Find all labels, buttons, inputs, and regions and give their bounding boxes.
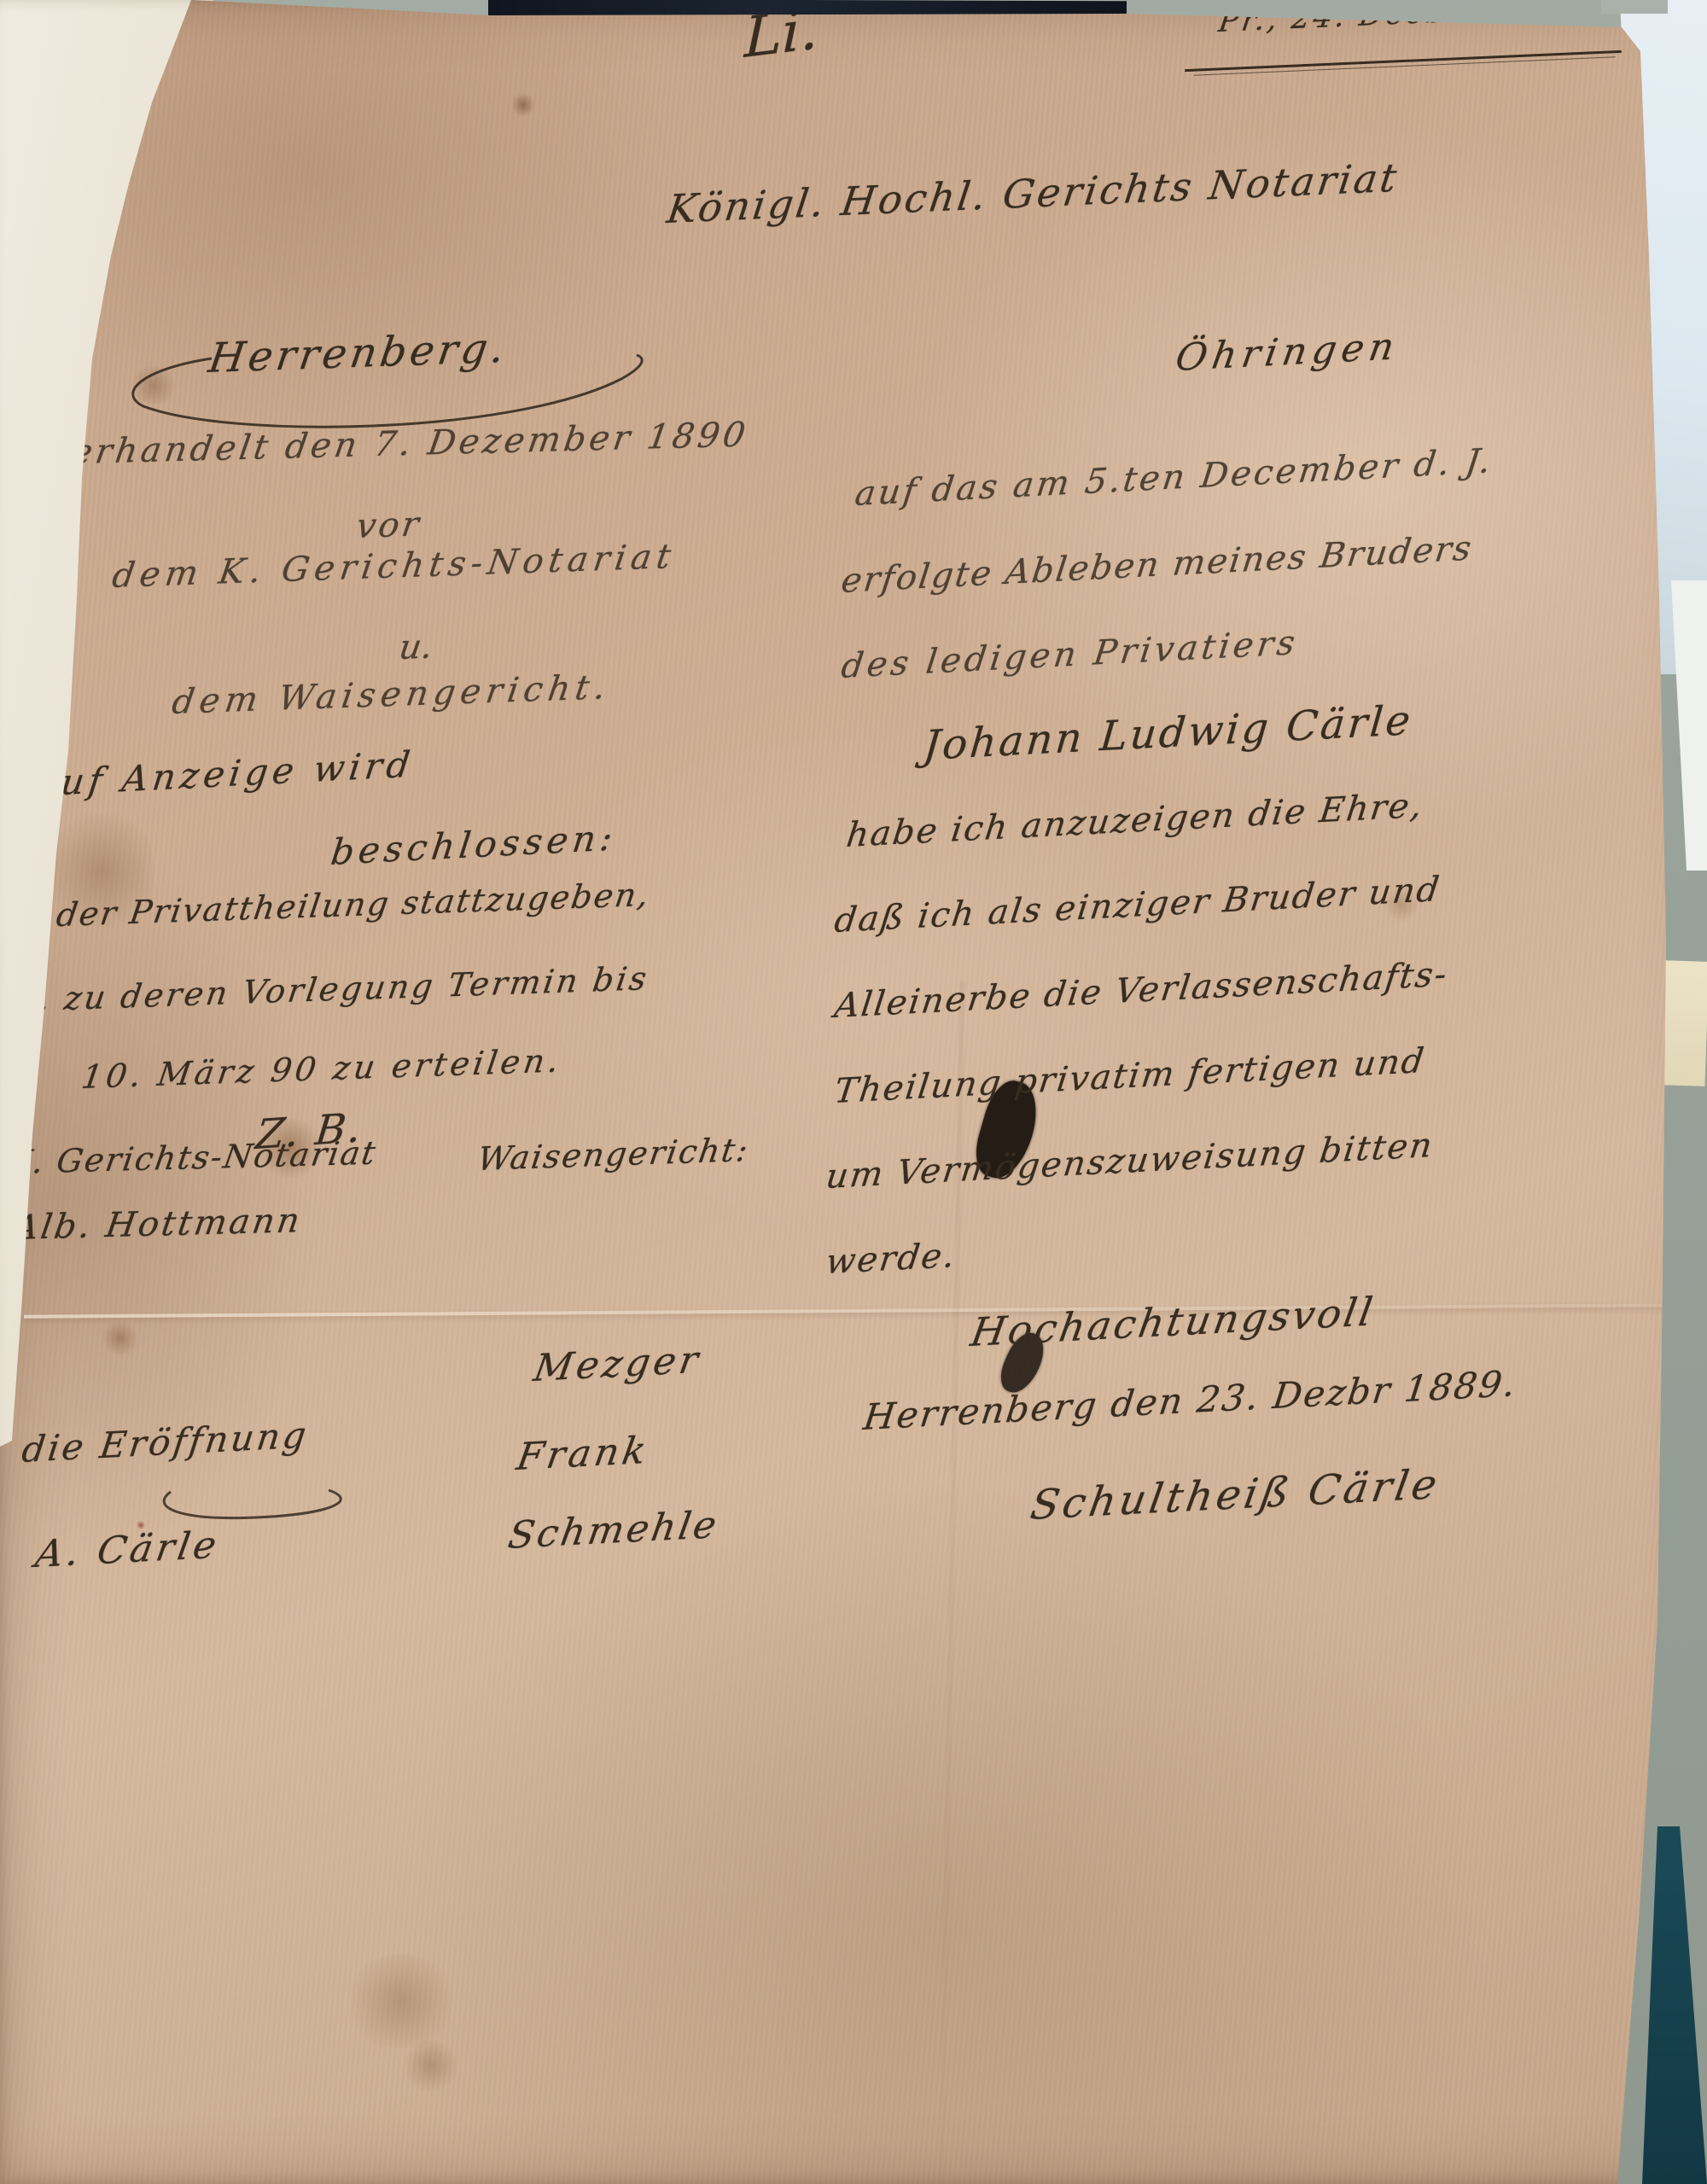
announcement-line: Alleinerbe die Verlassenschafts- [832, 955, 1450, 1026]
announcement-place-header: Öhringen [1173, 325, 1402, 380]
deceased-name-line: Johann Ludwig Cärle [922, 696, 1415, 770]
protocol-line: dem K. Gerichts-Notariat [110, 537, 679, 596]
opening-note-flourish [145, 1483, 384, 1526]
photo-of-document: Li. Pr., 24. Decb. 1889. Königl. Hochl. … [0, 0, 1707, 2184]
backdrop-book-cover [1635, 1826, 1707, 2184]
announcement-line: erfolgte Ableben meines Bruders [839, 529, 1475, 601]
protocol-line: u. [397, 627, 435, 667]
signature-mezger: Mezger [531, 1338, 705, 1390]
announcement-line: um Vermögenszuweisung bitten [824, 1126, 1436, 1197]
fox-spot [512, 92, 534, 118]
protocol-decree-item: 10. März 90 zu erteilen. [79, 1042, 564, 1096]
smudge-stain [341, 1954, 461, 2048]
fox-spot [401, 2040, 461, 2091]
fox-spot [101, 1321, 140, 1355]
protocol-line: Auf Anzeige wird [28, 743, 417, 805]
signature-schmehle: Schmehle [505, 1503, 722, 1558]
announcement-line: auf das am 5.ten December d. J. [853, 441, 1495, 514]
document-paper: Li. Pr., 24. Decb. 1889. Königl. Hochl. … [0, 0, 1707, 2184]
notary-office-line: K. Gerichts-Notariat [4, 1134, 380, 1181]
announcement-line: werde. [824, 1236, 958, 1282]
presented-note-underline [1185, 50, 1622, 72]
closing-formula: Hochachtungsvoll [968, 1289, 1378, 1355]
announcement-line: des ledigen Privatiers [839, 623, 1300, 686]
horizontal-fold-crease [24, 1303, 1667, 1318]
notary-signature: Alb. Hottmann [11, 1201, 305, 1248]
protocol-line: beschlossen: [329, 817, 619, 873]
binding-edge-strip-small [1601, 0, 1668, 14]
opening-signature: A. Cärle [32, 1523, 223, 1576]
protocol-line: dem Waisengericht. [170, 667, 614, 722]
signature-frank: Frank [514, 1429, 652, 1479]
presented-note: Pr., 24. Decb. 1889. [1216, 0, 1573, 39]
announcement-signature: Schultheiß Cärle [1028, 1460, 1444, 1529]
waisengericht-label: Waisengericht: [475, 1131, 752, 1178]
protocol-decree-item: 2, zu deren Vorlegung Termin bis [13, 959, 651, 1019]
announcement-dateline: Herrenberg den 23. Dezbr 1889. [861, 1362, 1519, 1438]
announcement-line: habe ich anzuzeigen die Ehre, [844, 786, 1425, 855]
announcement-line: Theilung privatim fertigen und [832, 1041, 1427, 1111]
document-heading: Königl. Hochl. Gerichts Notariat [664, 154, 1401, 232]
opening-note: die Eröffnung [20, 1414, 311, 1471]
announcement-line: daß ich als einziger Bruder und [832, 870, 1442, 941]
protocol-line: vor [354, 504, 424, 546]
